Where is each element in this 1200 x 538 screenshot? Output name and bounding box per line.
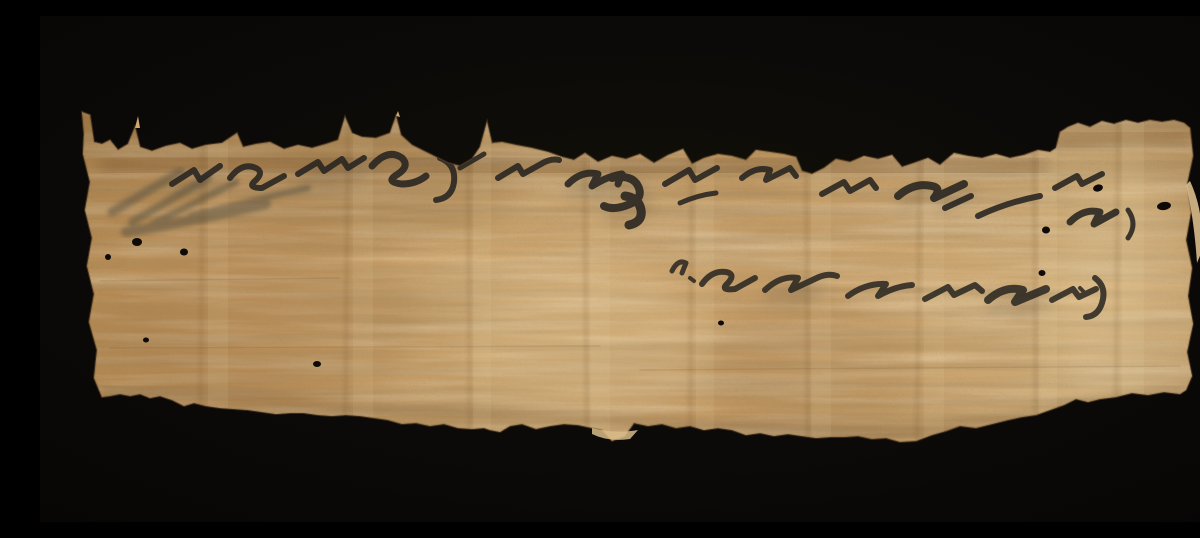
papyrus-photograph	[40, 16, 1200, 522]
papyrus-scene	[40, 16, 1200, 522]
